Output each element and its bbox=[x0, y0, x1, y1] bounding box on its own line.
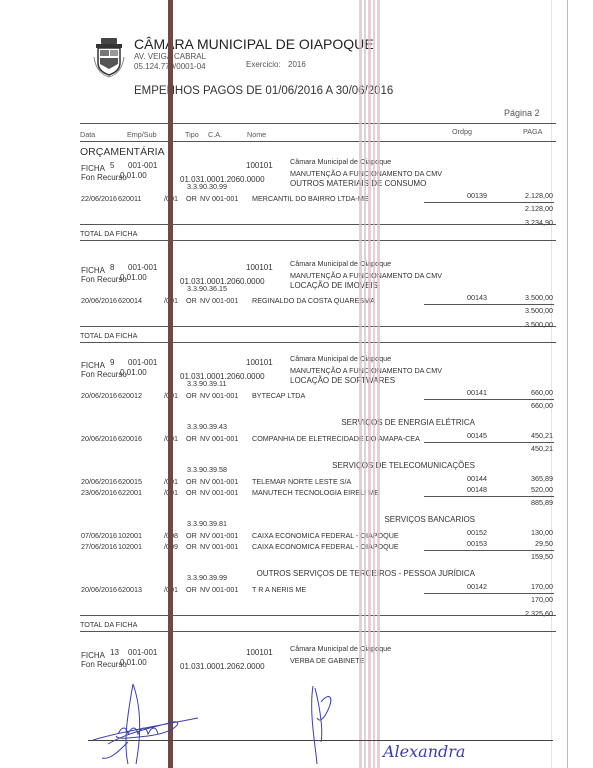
payment-name: TELEMAR NORTE LESTE S/A bbox=[252, 477, 351, 486]
ficha-action: MANUTENÇÃO A FUNCIONAMENTO DA CMV bbox=[290, 169, 442, 178]
element-code: 3.3.90.39.43 bbox=[187, 422, 227, 431]
element-code: 3.3.90.36.15 bbox=[187, 284, 227, 293]
payment-tipo: OR bbox=[186, 434, 197, 443]
payment-name: BYTECAP LTDA bbox=[252, 391, 305, 400]
payment-date: 23/06/2016 bbox=[81, 488, 117, 497]
ficha-org: Câmara Municipal de Oiapoque bbox=[290, 354, 391, 363]
ficha-total-amount: 3.500,00 bbox=[525, 320, 553, 329]
payment-amount: 365,89 bbox=[531, 474, 553, 483]
payment-tipo: OR bbox=[186, 542, 197, 551]
ficha-label: FICHA bbox=[81, 361, 105, 370]
ficha-unit: 100101 bbox=[246, 648, 273, 657]
payment-emp: 620012 bbox=[118, 391, 142, 400]
total-line bbox=[80, 631, 556, 632]
payment-name: REGINALDO DA COSTA QUARESMA bbox=[252, 296, 375, 305]
ficha-label: FICHA bbox=[81, 266, 105, 275]
subtotal-amount: 885,89 bbox=[531, 498, 553, 507]
ficha-action: MANUTENÇÃO A FUNCIONAMENTO DA CMV bbox=[290, 271, 442, 280]
subtotal-amount: 3.500,00 bbox=[525, 306, 553, 315]
payment-ca: NV 001-001 bbox=[200, 585, 238, 594]
payment-emp: 102001 bbox=[118, 542, 142, 551]
payment-name: T R A NERIS ME bbox=[252, 585, 306, 594]
ficha-code: 001-001 bbox=[128, 648, 157, 657]
payment-tipo: OR bbox=[186, 477, 197, 486]
payment-emp: 620013 bbox=[118, 585, 142, 594]
payment-ca: NV 001-001 bbox=[200, 531, 238, 540]
payment-tipo: OR bbox=[186, 296, 197, 305]
element-code: 3.3.90.39.58 bbox=[187, 465, 227, 474]
payment-tipo: OR bbox=[186, 531, 197, 540]
subtotal-line bbox=[424, 399, 554, 400]
payment-date: 20/06/2016 bbox=[81, 434, 117, 443]
scan-stripe bbox=[377, 0, 380, 768]
payment-ca: NV 001-001 bbox=[200, 477, 238, 486]
payment-tipo: OR bbox=[186, 488, 197, 497]
page-edge-line bbox=[567, 0, 568, 768]
payment-amount: 29,50 bbox=[535, 539, 553, 548]
total-label: TOTAL DA FICHA bbox=[80, 620, 137, 629]
payment-ca: NV 001-001 bbox=[200, 488, 238, 497]
payment-ordpg: 00142 bbox=[467, 582, 487, 591]
ficha-org: Câmara Municipal de Oiapoque bbox=[290, 259, 391, 268]
scan-stripe bbox=[168, 0, 173, 768]
payment-ca: NV 001-001 bbox=[200, 391, 238, 400]
ficha-number: 8 bbox=[110, 263, 114, 272]
scan-stripe bbox=[373, 0, 375, 768]
subtotal-amount: 2.128,00 bbox=[525, 204, 553, 213]
payment-amount: 170,00 bbox=[531, 582, 553, 591]
payment-amount: 520,00 bbox=[531, 485, 553, 494]
divider bbox=[80, 123, 556, 124]
payment-date: 20/06/2016 bbox=[81, 391, 117, 400]
col-data: Data bbox=[80, 130, 95, 139]
payment-emp: 622001 bbox=[118, 488, 142, 497]
payment-ca: NV 001-001 bbox=[200, 296, 238, 305]
subtotal-line bbox=[424, 496, 554, 497]
subtotal-amount: 170,00 bbox=[531, 595, 553, 604]
payment-amount: 130,00 bbox=[531, 528, 553, 537]
ficha-code: 001-001 bbox=[128, 358, 157, 367]
ficha-number: 13 bbox=[110, 648, 119, 657]
subtotal-amount: 159,50 bbox=[531, 552, 553, 561]
payment-ordpg: 00148 bbox=[467, 485, 487, 494]
col-emp-sub: Emp/Sub bbox=[127, 130, 157, 139]
subtotal-amount: 450,21 bbox=[531, 444, 553, 453]
scan-stripe bbox=[364, 0, 366, 768]
payment-amount: 2.128,00 bbox=[525, 191, 553, 200]
payment-ordpg: 00152 bbox=[467, 528, 487, 537]
element-code: 3.3.90.39.99 bbox=[187, 573, 227, 582]
total-line bbox=[80, 326, 556, 327]
ficha-action: VERBA DE GABINETE bbox=[290, 656, 364, 665]
ficha-unit: 100101 bbox=[246, 161, 273, 170]
payment-ordpg: 00145 bbox=[467, 431, 487, 440]
total-line bbox=[80, 240, 556, 241]
payment-date: 20/06/2016 bbox=[81, 585, 117, 594]
scan-stripe bbox=[368, 0, 371, 768]
signature-1 bbox=[88, 682, 228, 766]
fon-recurso-value: 0.01.00 bbox=[120, 658, 147, 667]
payment-emp: 620011 bbox=[118, 194, 141, 203]
ficha-unit: 100101 bbox=[246, 263, 273, 272]
col-ca: C.A. bbox=[208, 130, 222, 139]
program-code: 01.031.0001.2062.0000 bbox=[180, 662, 265, 671]
payment-ordpg: 00143 bbox=[467, 293, 487, 302]
payment-ca: NV 001-001 bbox=[200, 434, 238, 443]
ficha-number: 9 bbox=[110, 358, 114, 367]
ficha-code: 001-001 bbox=[128, 263, 157, 272]
signature-2 bbox=[305, 682, 345, 766]
element-description: SERVIÇOS DE TELECOMUNICAÇÕES bbox=[332, 461, 475, 470]
col-nome: Nome bbox=[247, 130, 266, 139]
divider bbox=[80, 141, 556, 142]
ficha-total-amount: 3.234,90 bbox=[525, 218, 553, 227]
exercicio-label: Exercicio: bbox=[246, 60, 281, 69]
payment-emp: 102001 bbox=[118, 531, 142, 540]
ficha-label: FICHA bbox=[81, 651, 105, 660]
total-label: TOTAL DA FICHA bbox=[80, 229, 137, 238]
ficha-unit: 100101 bbox=[246, 358, 273, 367]
element-code: 3.3.90.39.81 bbox=[187, 519, 227, 528]
payment-emp: 620016 bbox=[118, 434, 142, 443]
element-code: 3.3.90.30.99 bbox=[187, 182, 227, 191]
col-ordpg: Ordpg bbox=[452, 127, 472, 136]
ficha-org: Câmara Municipal de Oiapoque bbox=[290, 644, 391, 653]
subtotal-amount: 660,00 bbox=[531, 401, 553, 410]
payment-amount: 660,00 bbox=[531, 388, 553, 397]
total-line bbox=[80, 342, 556, 343]
section-title: ORÇAMENTÁRIA bbox=[80, 146, 165, 158]
subtotal-line bbox=[424, 442, 554, 443]
payment-ordpg: 00144 bbox=[467, 474, 487, 483]
payment-date: 20/06/2016 bbox=[81, 296, 117, 305]
payment-ca: NV 001-001 bbox=[200, 194, 238, 203]
payment-name: COMPANHIA DE ELETRECIDADE DO AMAPA-CEA bbox=[252, 434, 420, 443]
payment-tipo: OR bbox=[186, 585, 197, 594]
fon-recurso-value: 0.01.00 bbox=[120, 273, 147, 282]
payment-date: 07/06/2016 bbox=[81, 531, 117, 540]
payment-tipo: OR bbox=[186, 194, 197, 203]
ficha-org: Câmara Municipal de Oiapoque bbox=[290, 157, 391, 166]
payment-tipo: OR bbox=[186, 391, 197, 400]
exercicio-value: 2016 bbox=[288, 60, 306, 69]
payment-emp: 620014 bbox=[118, 296, 142, 305]
payment-amount: 3.500,00 bbox=[525, 293, 553, 302]
payment-date: 22/06/2016 bbox=[81, 194, 117, 203]
element-description: SERVIÇOS BANCARIOS bbox=[384, 515, 475, 524]
fon-recurso-value: 0.01.00 bbox=[120, 171, 147, 180]
subtotal-line bbox=[424, 593, 554, 594]
col-tipo: Tipo bbox=[185, 130, 199, 139]
subtotal-line bbox=[424, 202, 554, 203]
page-edge-line bbox=[551, 0, 552, 768]
payment-date: 20/06/2016 bbox=[81, 477, 117, 486]
scan-stripe bbox=[359, 0, 362, 768]
payment-ordpg: 00139 bbox=[467, 191, 487, 200]
subtotal-line bbox=[424, 304, 554, 305]
payment-name: MERCANTIL DO BAIRRO LTDA-ME bbox=[252, 194, 369, 203]
ficha-number: 5 bbox=[110, 161, 114, 170]
payment-emp: 620015 bbox=[118, 477, 142, 486]
ficha-action: MANUTENÇÃO A FUNCIONAMENTO DA CMV bbox=[290, 366, 442, 375]
payment-date: 27/06/2016 bbox=[81, 542, 117, 551]
element-code: 3.3.90.39.11 bbox=[187, 379, 226, 388]
ficha-label: FICHA bbox=[81, 164, 105, 173]
ficha-code: 001-001 bbox=[128, 161, 157, 170]
subtotal-line bbox=[424, 550, 554, 551]
payment-ordpg: 00141 bbox=[467, 388, 487, 397]
fon-recurso-value: 0.01.00 bbox=[120, 368, 147, 377]
page-number: Página 2 bbox=[504, 108, 540, 118]
col-paga: PAGA bbox=[523, 127, 542, 136]
payment-amount: 450,21 bbox=[531, 431, 553, 440]
payment-ca: NV 001-001 bbox=[200, 542, 238, 551]
total-line bbox=[80, 615, 556, 616]
total-line bbox=[80, 224, 556, 225]
ficha-total-amount: 2.325,60 bbox=[525, 609, 553, 618]
payment-ordpg: 00153 bbox=[467, 539, 487, 548]
municipal-coat-of-arms-icon bbox=[92, 37, 126, 79]
signature-3: Alexandra bbox=[383, 742, 465, 761]
total-label: TOTAL DA FICHA bbox=[80, 331, 137, 340]
